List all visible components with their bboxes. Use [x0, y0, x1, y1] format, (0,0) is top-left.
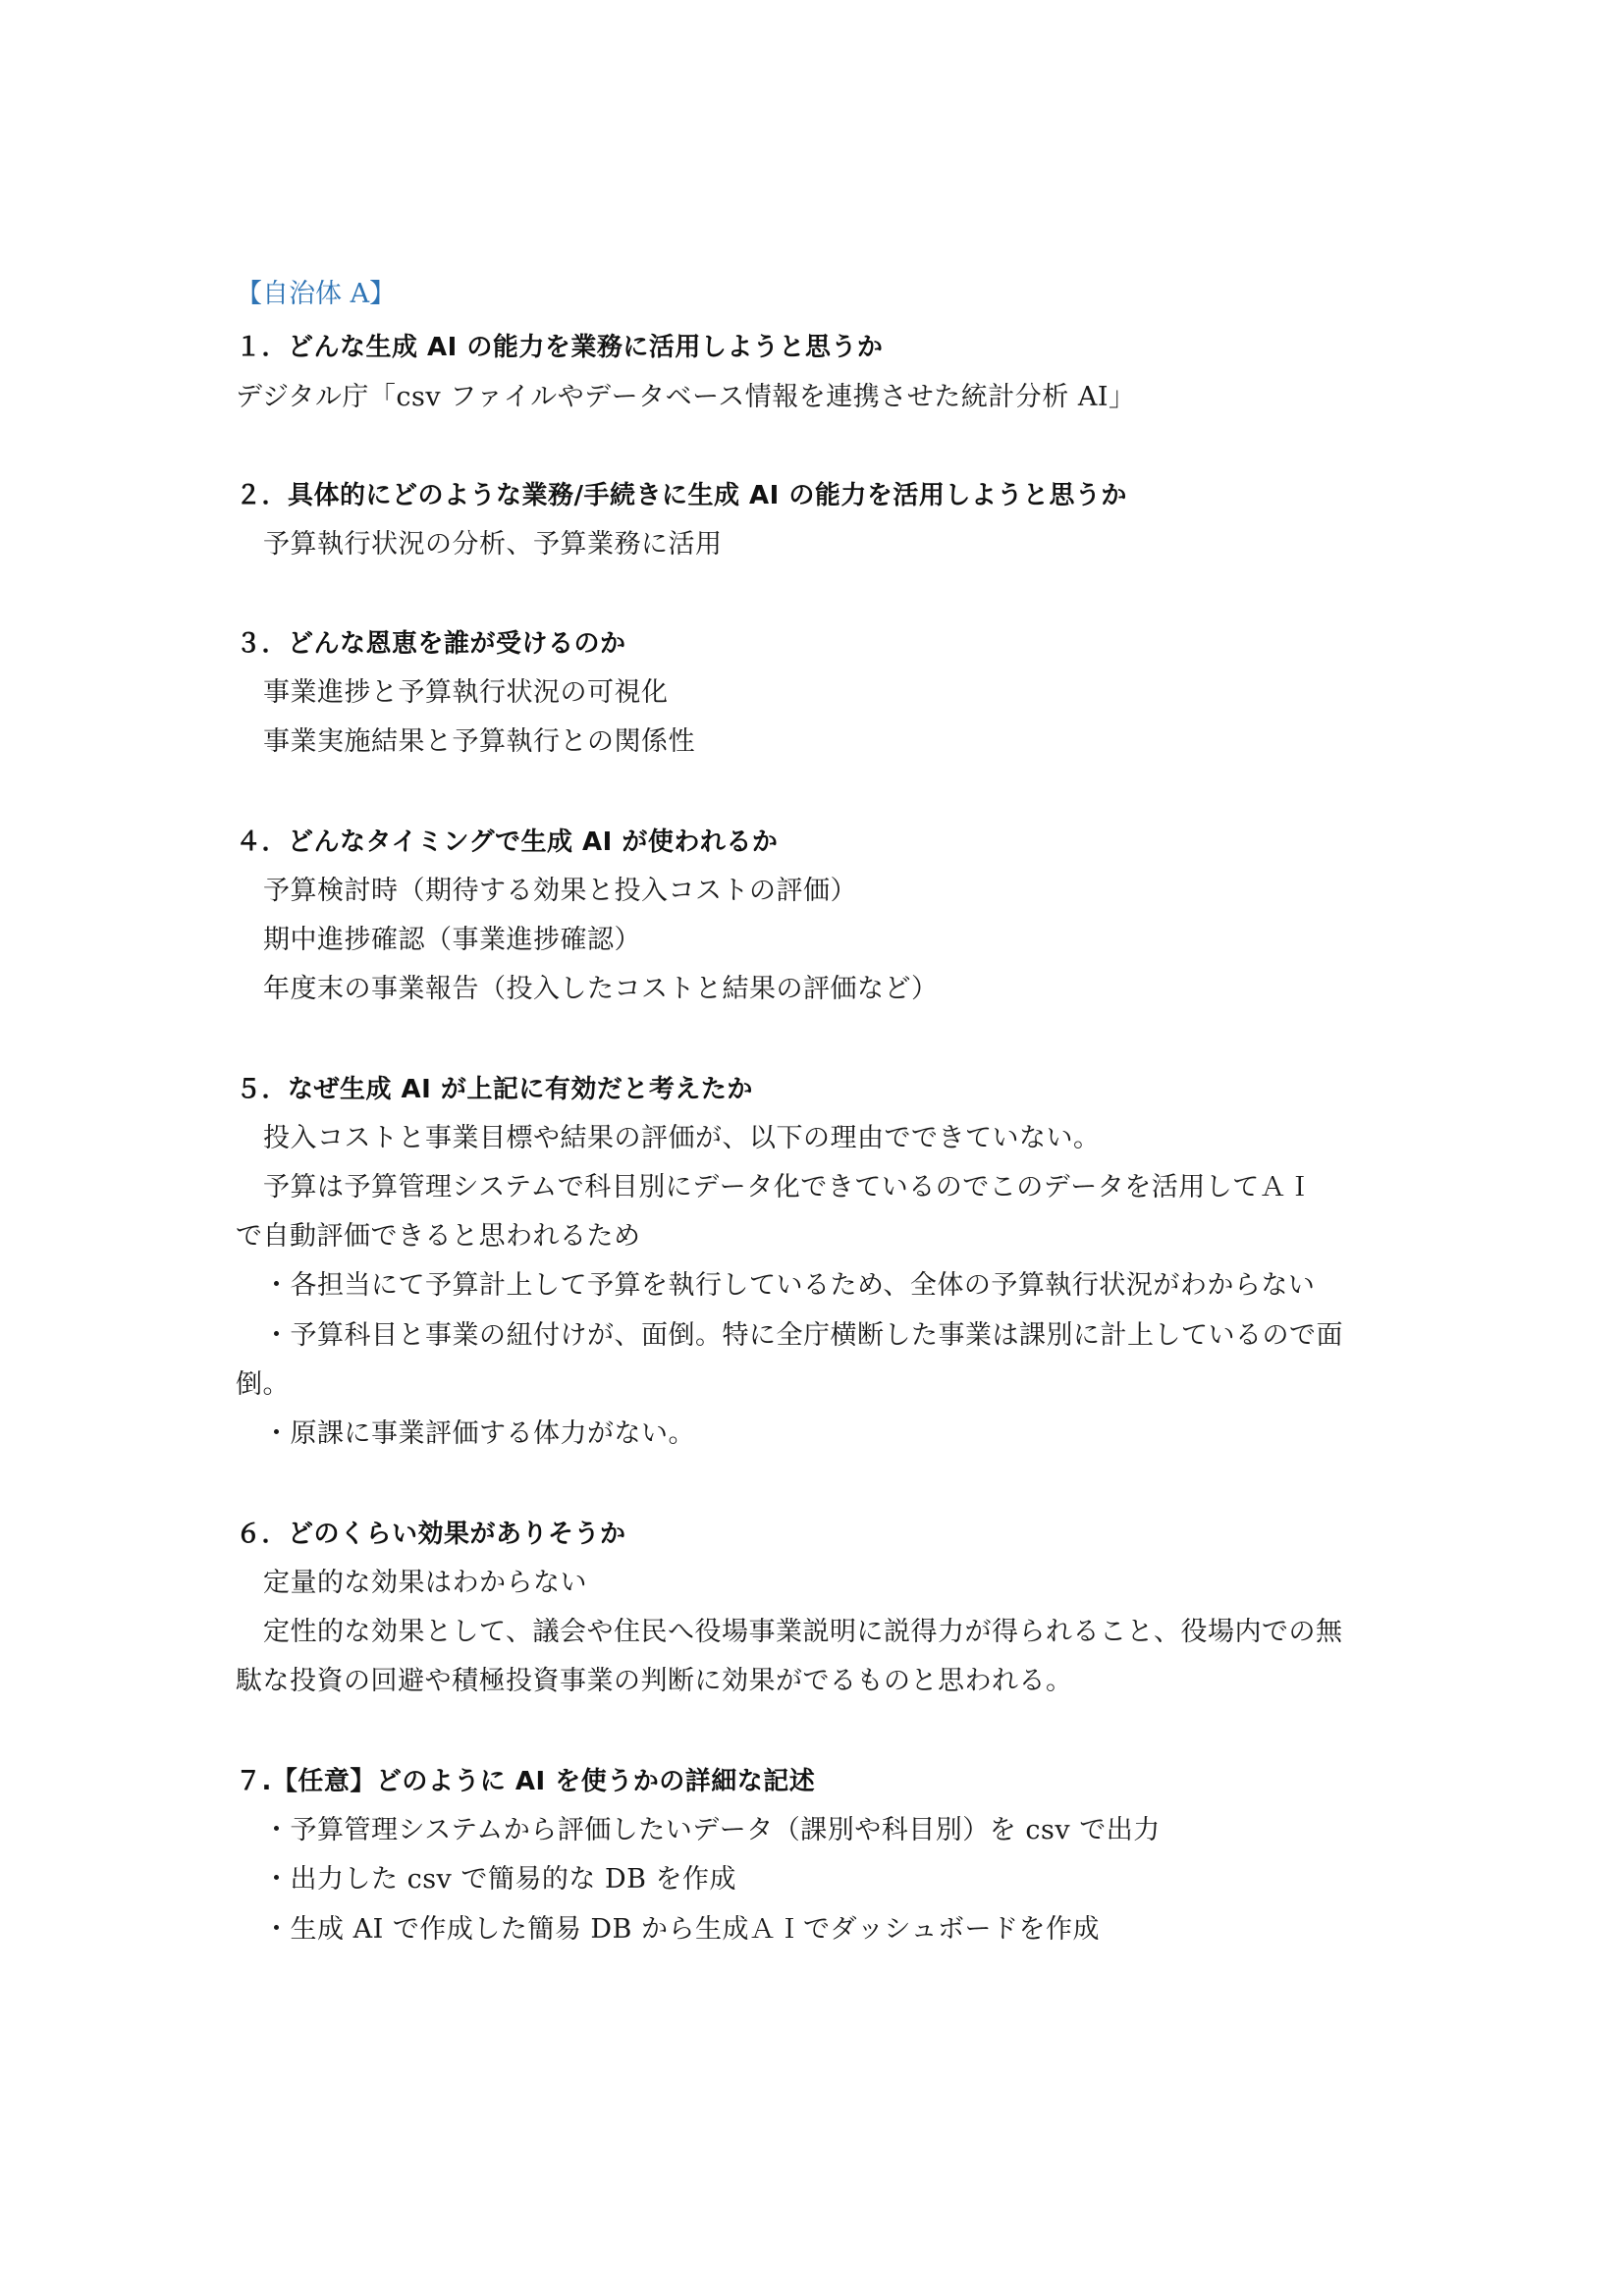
section-7-heading: ７.【任意】どのように AI を使うかの詳細な記述 [236, 1762, 815, 1801]
section-7-bullet-2: ・出力した csv で簡易的な DB を作成 [263, 1860, 736, 1899]
section-1-line-1: デジタル庁「csv ファイルやデータベース情報を連携させた統計分析 AI」 [236, 378, 1136, 417]
section-1-heading: １．どんな生成 AI の能力を業務に活用しようと思うか [236, 328, 883, 367]
section-7-bullet-3: ・生成 AI で作成した簡易 DB から生成ＡＩでダッシュボードを作成 [263, 1910, 1100, 1949]
document-page: 【自治体 A】 １．どんな生成 AI の能力を業務に活用しようと思うか デジタル… [0, 0, 1624, 2296]
section-7-bullet-1: ・予算管理システムから評価したいデータ（課別や科目別）を csv で出力 [263, 1811, 1161, 1850]
section-5-bullet-2-cont: 倒。 [236, 1365, 290, 1405]
section-5-line-2: 予算は予算管理システムで科目別にデータ化できているのでこのデータを活用してＡＩ [263, 1168, 1314, 1207]
section-5-bullet-2: ・予算科目と事業の紐付けが、面倒。特に全庁横断した事業は課別に計上しているので面 [263, 1316, 1343, 1356]
section-6-line-2: 定性的な効果として、議会や住民へ役場事業説明に説得力が得られること、役場内での無 [263, 1613, 1342, 1652]
section-2-heading: ２．具体的にどのような業務/手続きに生成 AI の能力を活用しようと思うか [236, 476, 1127, 515]
section-3-line-2: 事業実施結果と予算執行との関係性 [263, 722, 695, 762]
section-3-heading: ３．どんな恩恵を誰が受けるのか [236, 624, 626, 664]
section-5-bullet-1: ・各担当にて予算計上して予算を執行しているため、全体の予算執行状況がわからない [263, 1266, 1315, 1306]
section-4-line-2: 期中進捗確認（事業進捗確認） [263, 921, 641, 960]
section-6-line-1: 定量的な効果はわからない [263, 1564, 587, 1603]
section-4-line-1: 予算検討時（期待する効果と投入コストの評価） [263, 872, 857, 911]
section-2-line-1: 予算執行状況の分析、予算業務に活用 [263, 525, 723, 564]
section-6-line-3: 駄な投資の回避や積極投資事業の判断に効果がでるものと思われる。 [236, 1662, 1073, 1701]
section-5-line-1: 投入コストと事業目標や結果の評価が、以下の理由でできていない。 [263, 1119, 1101, 1158]
section-5-line-3: で自動評価できると思われるため [236, 1217, 641, 1256]
section-6-heading: ６．どのくらい効果がありそうか [236, 1515, 626, 1554]
section-5-heading: ５．なぜ生成 AI が上記に有効だと考えたか [236, 1070, 753, 1109]
section-3-line-1: 事業進捗と予算執行状況の可視化 [263, 673, 669, 713]
section-4-heading: ４．どんなタイミングで生成 AI が使われるか [236, 823, 778, 862]
section-5-bullet-3: ・原課に事業評価する体力がない。 [263, 1415, 695, 1454]
organization-title: 【自治体 A】 [236, 275, 396, 314]
section-4-line-3: 年度末の事業報告（投入したコストと結果の評価など） [263, 970, 939, 1009]
